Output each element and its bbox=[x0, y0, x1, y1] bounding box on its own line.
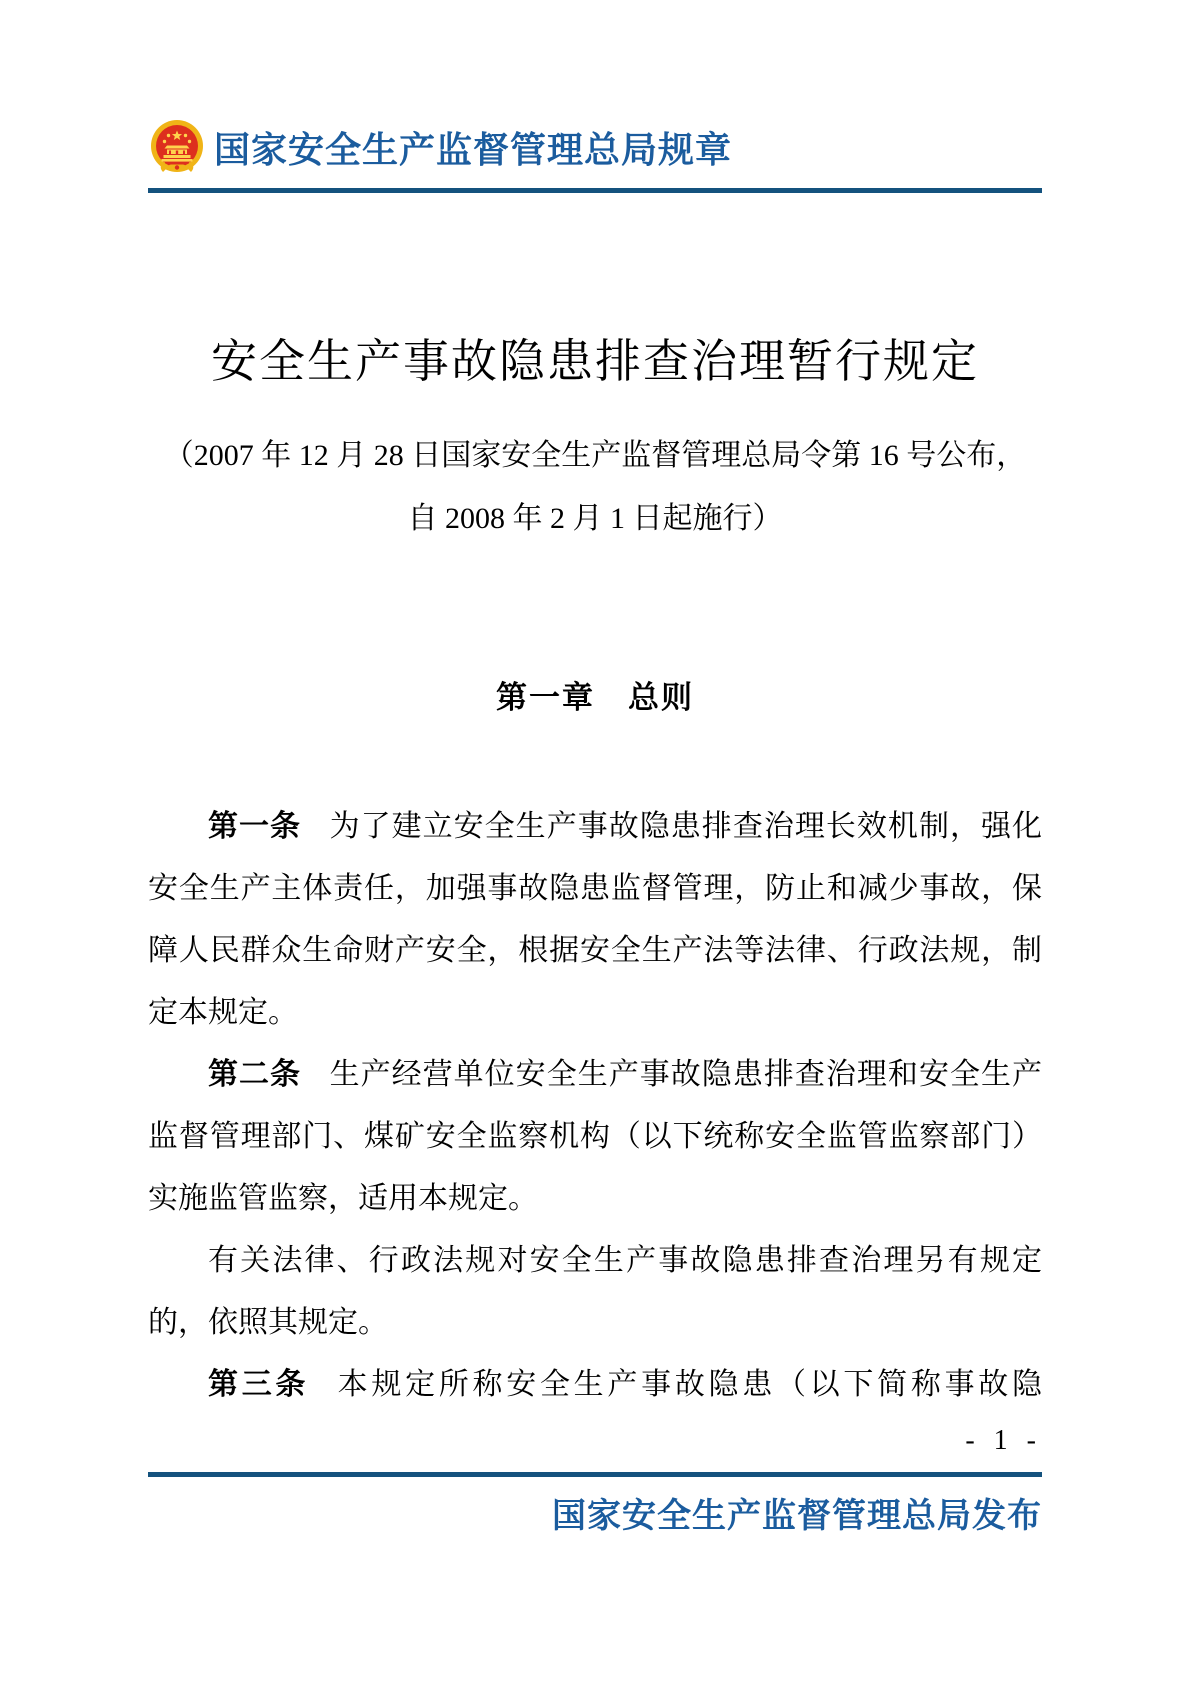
publication-info-line-2: 自 2008 年 2 月 1 日起施行） bbox=[95, 487, 1095, 550]
header-divider bbox=[148, 188, 1042, 193]
china-national-emblem-icon bbox=[148, 119, 206, 177]
document-body: 第一条为了建立安全生产事故隐患排查治理长效机制，强化安全生产主体责任，加强事故隐… bbox=[148, 796, 1042, 1416]
document-page: 国家安全生产监督管理总局规章 安全生产事故隐患排查治理暂行规定 （2007 年 … bbox=[0, 0, 1190, 1683]
article-paragraph-3: 有关法律、行政法规对安全生产事故隐患排查治理另有规定的，依照其规定。 bbox=[148, 1230, 1042, 1354]
article-3-text: 有关法律、行政法规对安全生产事故隐患排查治理另有规定的，依照其规定。 bbox=[148, 1244, 1042, 1339]
chapter-heading: 第一章 总则 bbox=[0, 668, 1190, 728]
article-4-text: 本规定所称安全生产事故隐患（以下简称事故隐 bbox=[338, 1368, 1042, 1401]
footer-divider bbox=[148, 1472, 1042, 1477]
header-agency-title: 国家安全生产监督管理总局规章 bbox=[214, 128, 732, 172]
article-paragraph-2: 第二条生产经营单位安全生产事故隐患排查治理和安全生产监督管理部门、煤矿安全监察机… bbox=[148, 1044, 1042, 1230]
article-2-lead: 第二条 bbox=[208, 1058, 301, 1091]
publication-info: （2007 年 12 月 28 日国家安全生产监督管理总局令第 16 号公布， … bbox=[95, 424, 1095, 550]
document-title: 安全生产事故隐患排查治理暂行规定 bbox=[0, 332, 1190, 392]
article-1-lead: 第一条 bbox=[208, 810, 301, 843]
article-paragraph-1: 第一条为了建立安全生产事故隐患排查治理长效机制，强化安全生产主体责任，加强事故隐… bbox=[148, 796, 1042, 1044]
page-number: - 1 - bbox=[965, 1424, 1042, 1458]
article-4-lead: 第三条 bbox=[208, 1368, 309, 1401]
publisher-name: 国家安全生产监督管理总局发布 bbox=[552, 1494, 1042, 1540]
publication-info-line-1: （2007 年 12 月 28 日国家安全生产监督管理总局令第 16 号公布， bbox=[95, 424, 1095, 487]
article-paragraph-4: 第三条本规定所称安全生产事故隐患（以下简称事故隐 bbox=[148, 1354, 1042, 1416]
